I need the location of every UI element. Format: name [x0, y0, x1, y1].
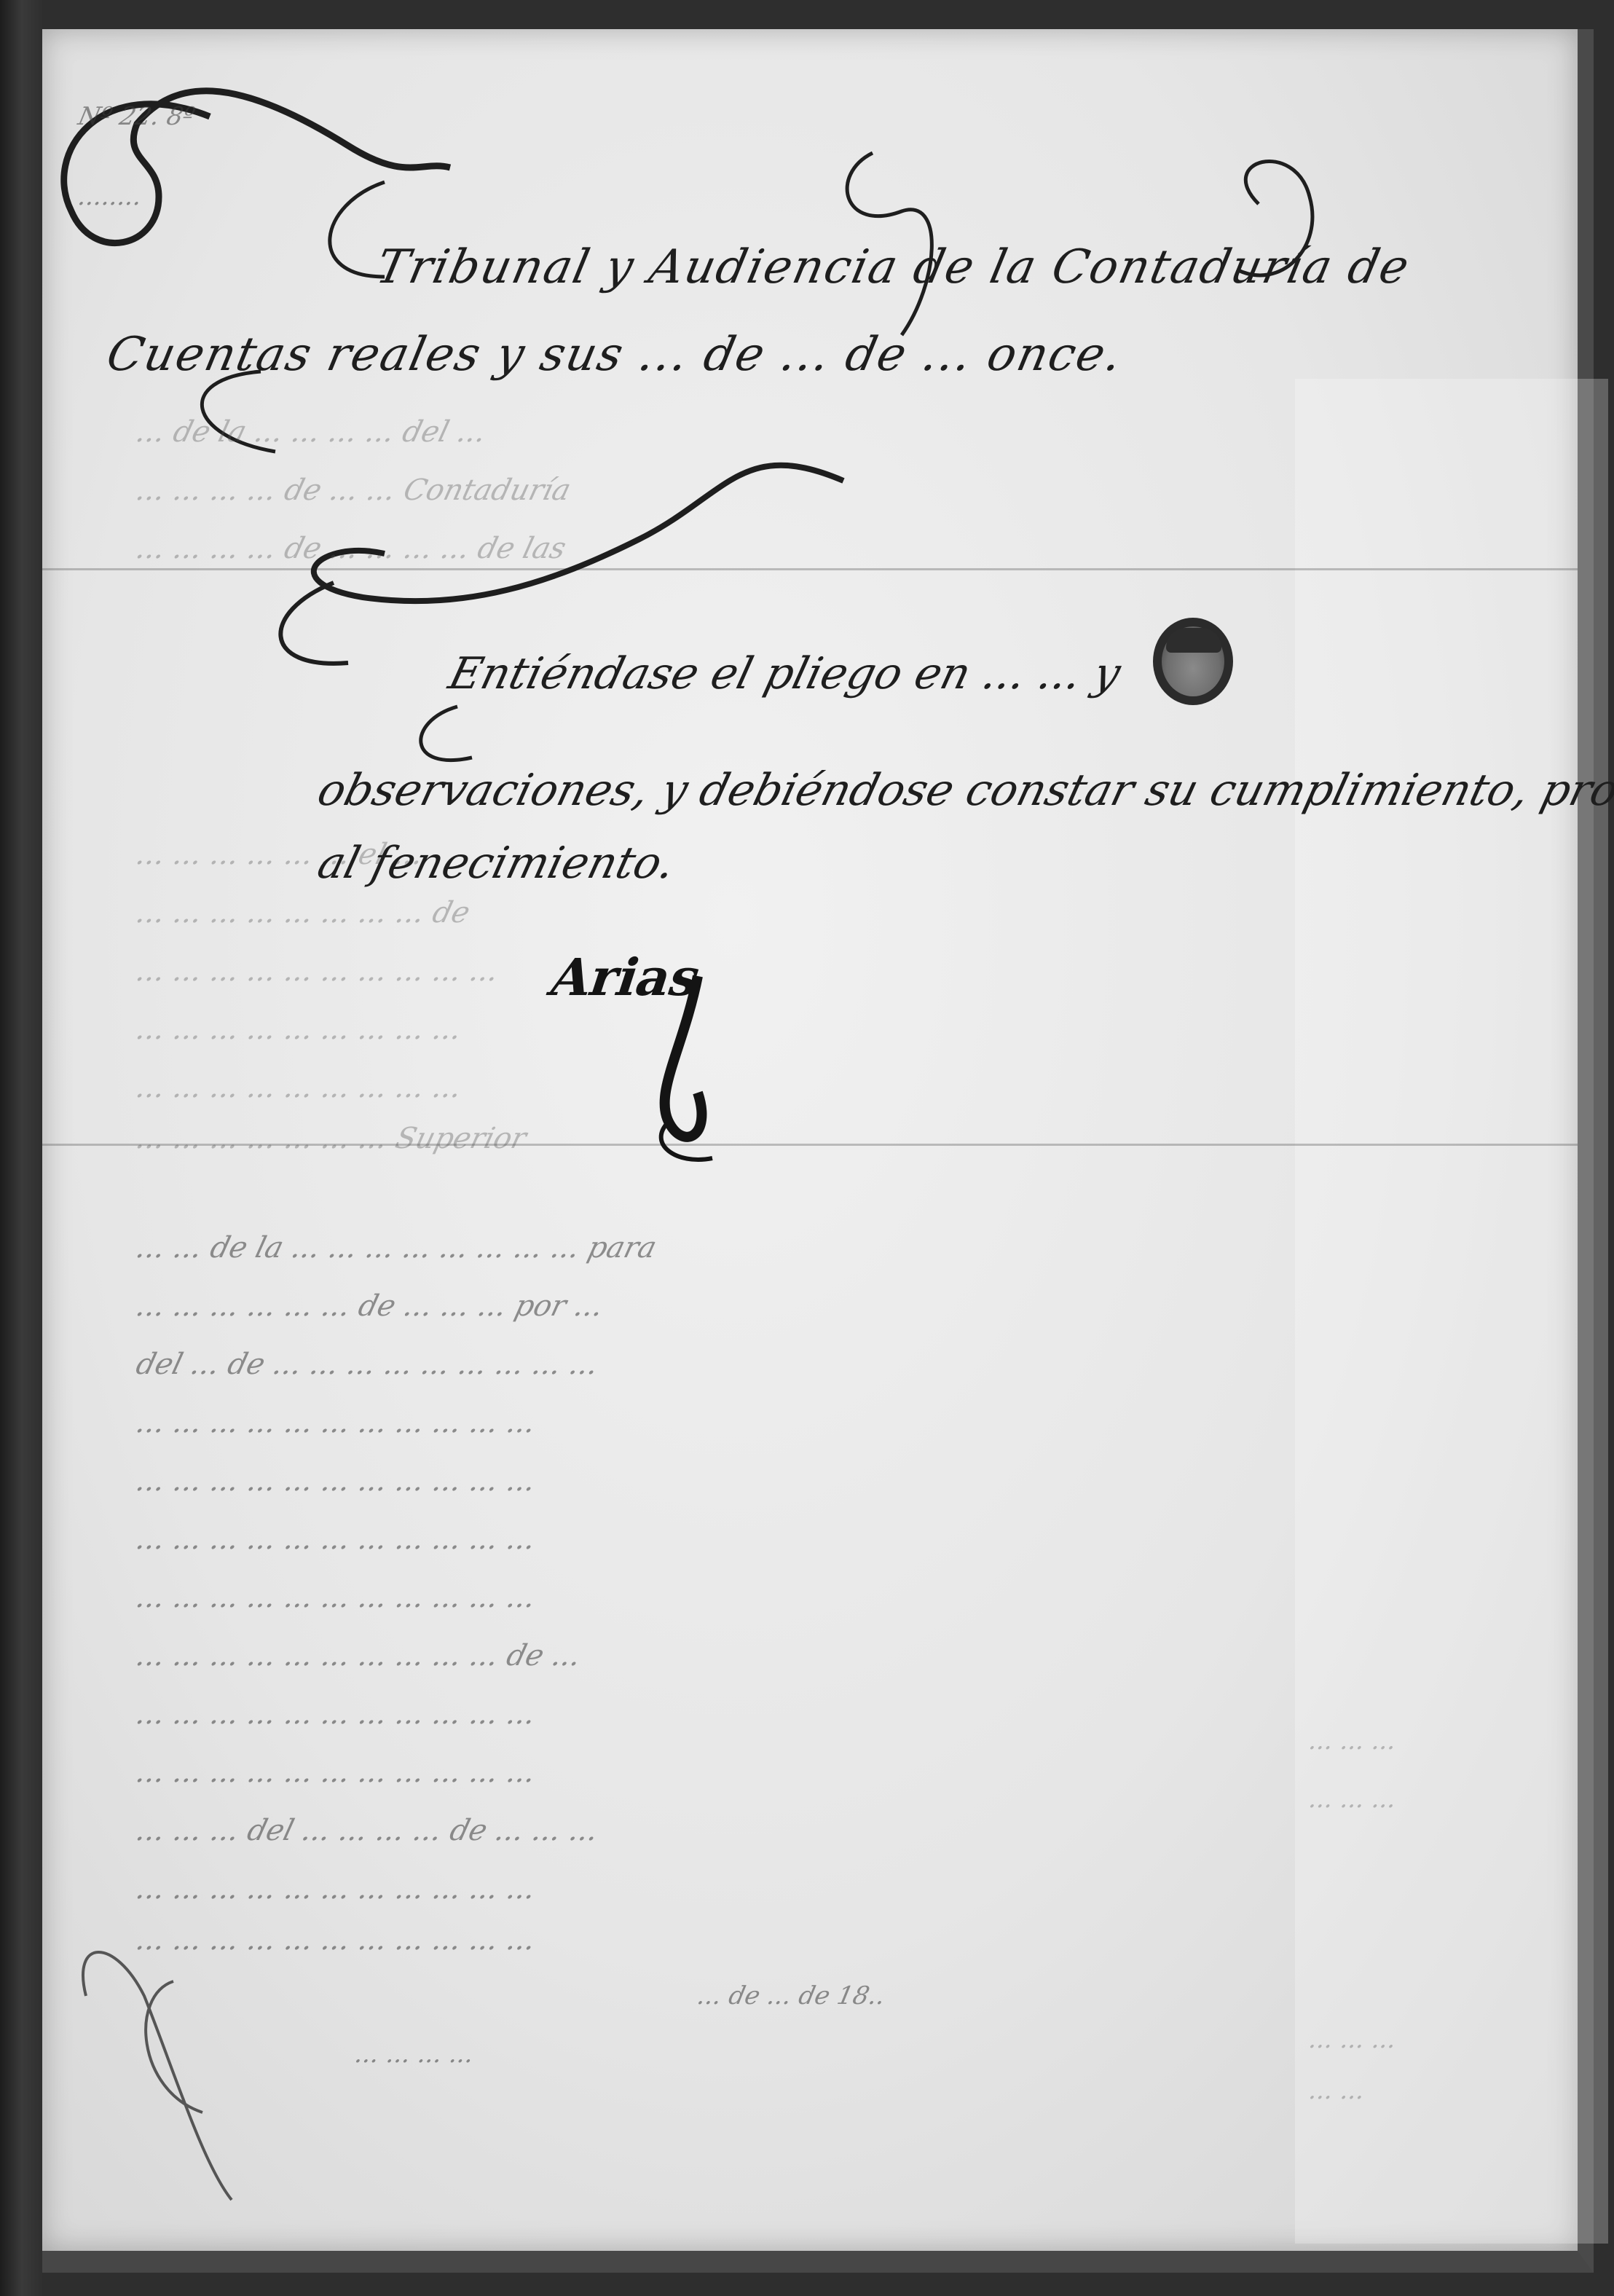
- closing-signature: ... ... ... ...: [353, 2040, 477, 2069]
- rubric-flourish-icon: [42, 29, 1578, 2251]
- date-line: ... de ... de 18..: [695, 1981, 888, 2010]
- wax-seal-icon: [1153, 618, 1233, 705]
- manuscript-page: Nº 22. 8º ........ Tribunal y Audiencia …: [42, 29, 1594, 2273]
